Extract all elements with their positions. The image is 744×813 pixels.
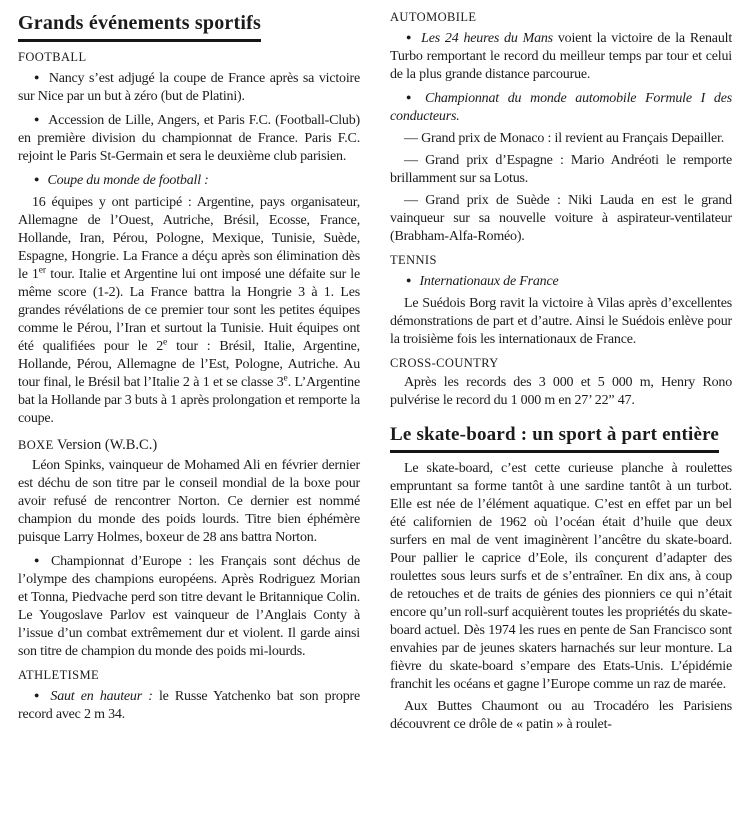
gp-suede-paragraph: — Grand prix de Suède : Niki Lauda en es…: [390, 192, 732, 246]
text-segment: Nancy s’est adjugé la coupe de France ap…: [18, 71, 360, 104]
text-segment: Aux Buttes Chaumont ou au Trocadéro les …: [390, 699, 732, 732]
automobile-f1-paragraph: ●Championnat du monde automobile Formule…: [390, 88, 732, 126]
page: Grands événements sportifs FOOTBALL ●Nan…: [0, 0, 744, 738]
text-segment-italic: Internationaux de France: [419, 274, 558, 289]
tennis-lead-paragraph: ●Internationaux de France: [390, 271, 732, 291]
bullet-marker: ●: [32, 114, 48, 124]
skateboard-paragraph-1: Le skate-board, c’est cette curieuse pla…: [390, 460, 732, 694]
automobile-lemans-paragraph: ●Les 24 heures du Mans voient la victoir…: [390, 28, 732, 84]
worldcup-paragraph: 16 équipes y ont participé : Argentine, …: [18, 194, 360, 428]
football-nancy-paragraph: ●Nancy s’est adjugé la coupe de France a…: [18, 68, 360, 106]
text-segment: — Grand prix de Monaco : il revient au F…: [404, 131, 724, 146]
text-segment: Le Suédois Borg ravit la victoire à Vila…: [390, 296, 732, 347]
tennis-borg-paragraph: Le Suédois Borg ravit la victoire à Vila…: [390, 295, 732, 349]
boxe-spinks-paragraph: Léon Spinks, vainqueur de Mohamed Ali en…: [18, 457, 360, 547]
gp-monaco-paragraph: — Grand prix de Monaco : il revient au F…: [390, 130, 732, 148]
bullet-marker: ●: [404, 275, 419, 285]
text-segment-italic: Championnat du monde automobile Formule …: [390, 91, 732, 124]
section-heading-cross-country: CROSS-COUNTRY: [390, 356, 732, 371]
text-segment: Accession de Lille, Angers, et Paris F.C…: [18, 113, 360, 164]
text-segment: BOXE: [18, 438, 54, 452]
article-title-skateboard: Le skate-board : un sport à part entière: [390, 424, 719, 453]
text-segment-italic: Coupe du monde de football :: [47, 173, 208, 188]
article-title-sports: Grands événements sportifs: [18, 12, 261, 42]
cross-country-paragraph: Après les records des 3 000 et 5 000 m, …: [390, 374, 732, 410]
text-segment: — Grand prix d’Espagne : Mario Andréoti …: [390, 153, 732, 186]
bullet-marker: ●: [404, 32, 421, 42]
right-column: AUTOMOBILE ●Les 24 heures du Mans voient…: [390, 10, 732, 738]
text-segment: Championnat d’Europe : les Français sont…: [18, 554, 360, 659]
bullet-marker: ●: [32, 690, 50, 700]
text-segment: Après les records des 3 000 et 5 000 m, …: [390, 375, 732, 408]
text-segment: Léon Spinks, vainqueur de Mohamed Ali en…: [18, 458, 360, 545]
worldcup-lead-paragraph: ●Coupe du monde de football :: [18, 170, 360, 190]
section-heading-athletisme: ATHLETISME: [18, 668, 360, 683]
boxe-europe-paragraph: ●Championnat d’Europe : les Français son…: [18, 551, 360, 661]
gp-espagne-paragraph: — Grand prix d’Espagne : Mario Andréoti …: [390, 152, 732, 188]
section-heading-football: FOOTBALL: [18, 50, 360, 65]
text-segment-italic: Les 24 heures du Mans: [421, 31, 553, 46]
superscript-er: er: [39, 265, 46, 275]
bullet-marker: ●: [32, 72, 49, 82]
athletisme-paragraph: ●Saut en hauteur : le Russe Yatchenko ba…: [18, 686, 360, 724]
bullet-marker: ●: [32, 174, 47, 184]
skateboard-paragraph-2: Aux Buttes Chaumont ou au Trocadéro les …: [390, 698, 732, 734]
text-segment: Le skate-board, c’est cette curieuse pla…: [390, 461, 732, 692]
section-heading-automobile: AUTOMOBILE: [390, 10, 732, 25]
section-heading-boxe: BOXE Version (W.B.C.): [18, 437, 360, 454]
left-column: Grands événements sportifs FOOTBALL ●Nan…: [18, 10, 360, 738]
text-segment: Version (W.B.C.): [54, 437, 158, 453]
text-segment-italic: Saut en hauteur :: [50, 689, 152, 704]
football-accession-paragraph: ●Accession de Lille, Angers, et Paris F.…: [18, 110, 360, 166]
bullet-marker: ●: [404, 92, 425, 102]
bullet-marker: ●: [32, 555, 51, 565]
section-heading-tennis: TENNIS: [390, 253, 732, 268]
text-segment: — Grand prix de Suède : Niki Lauda en es…: [390, 193, 732, 244]
